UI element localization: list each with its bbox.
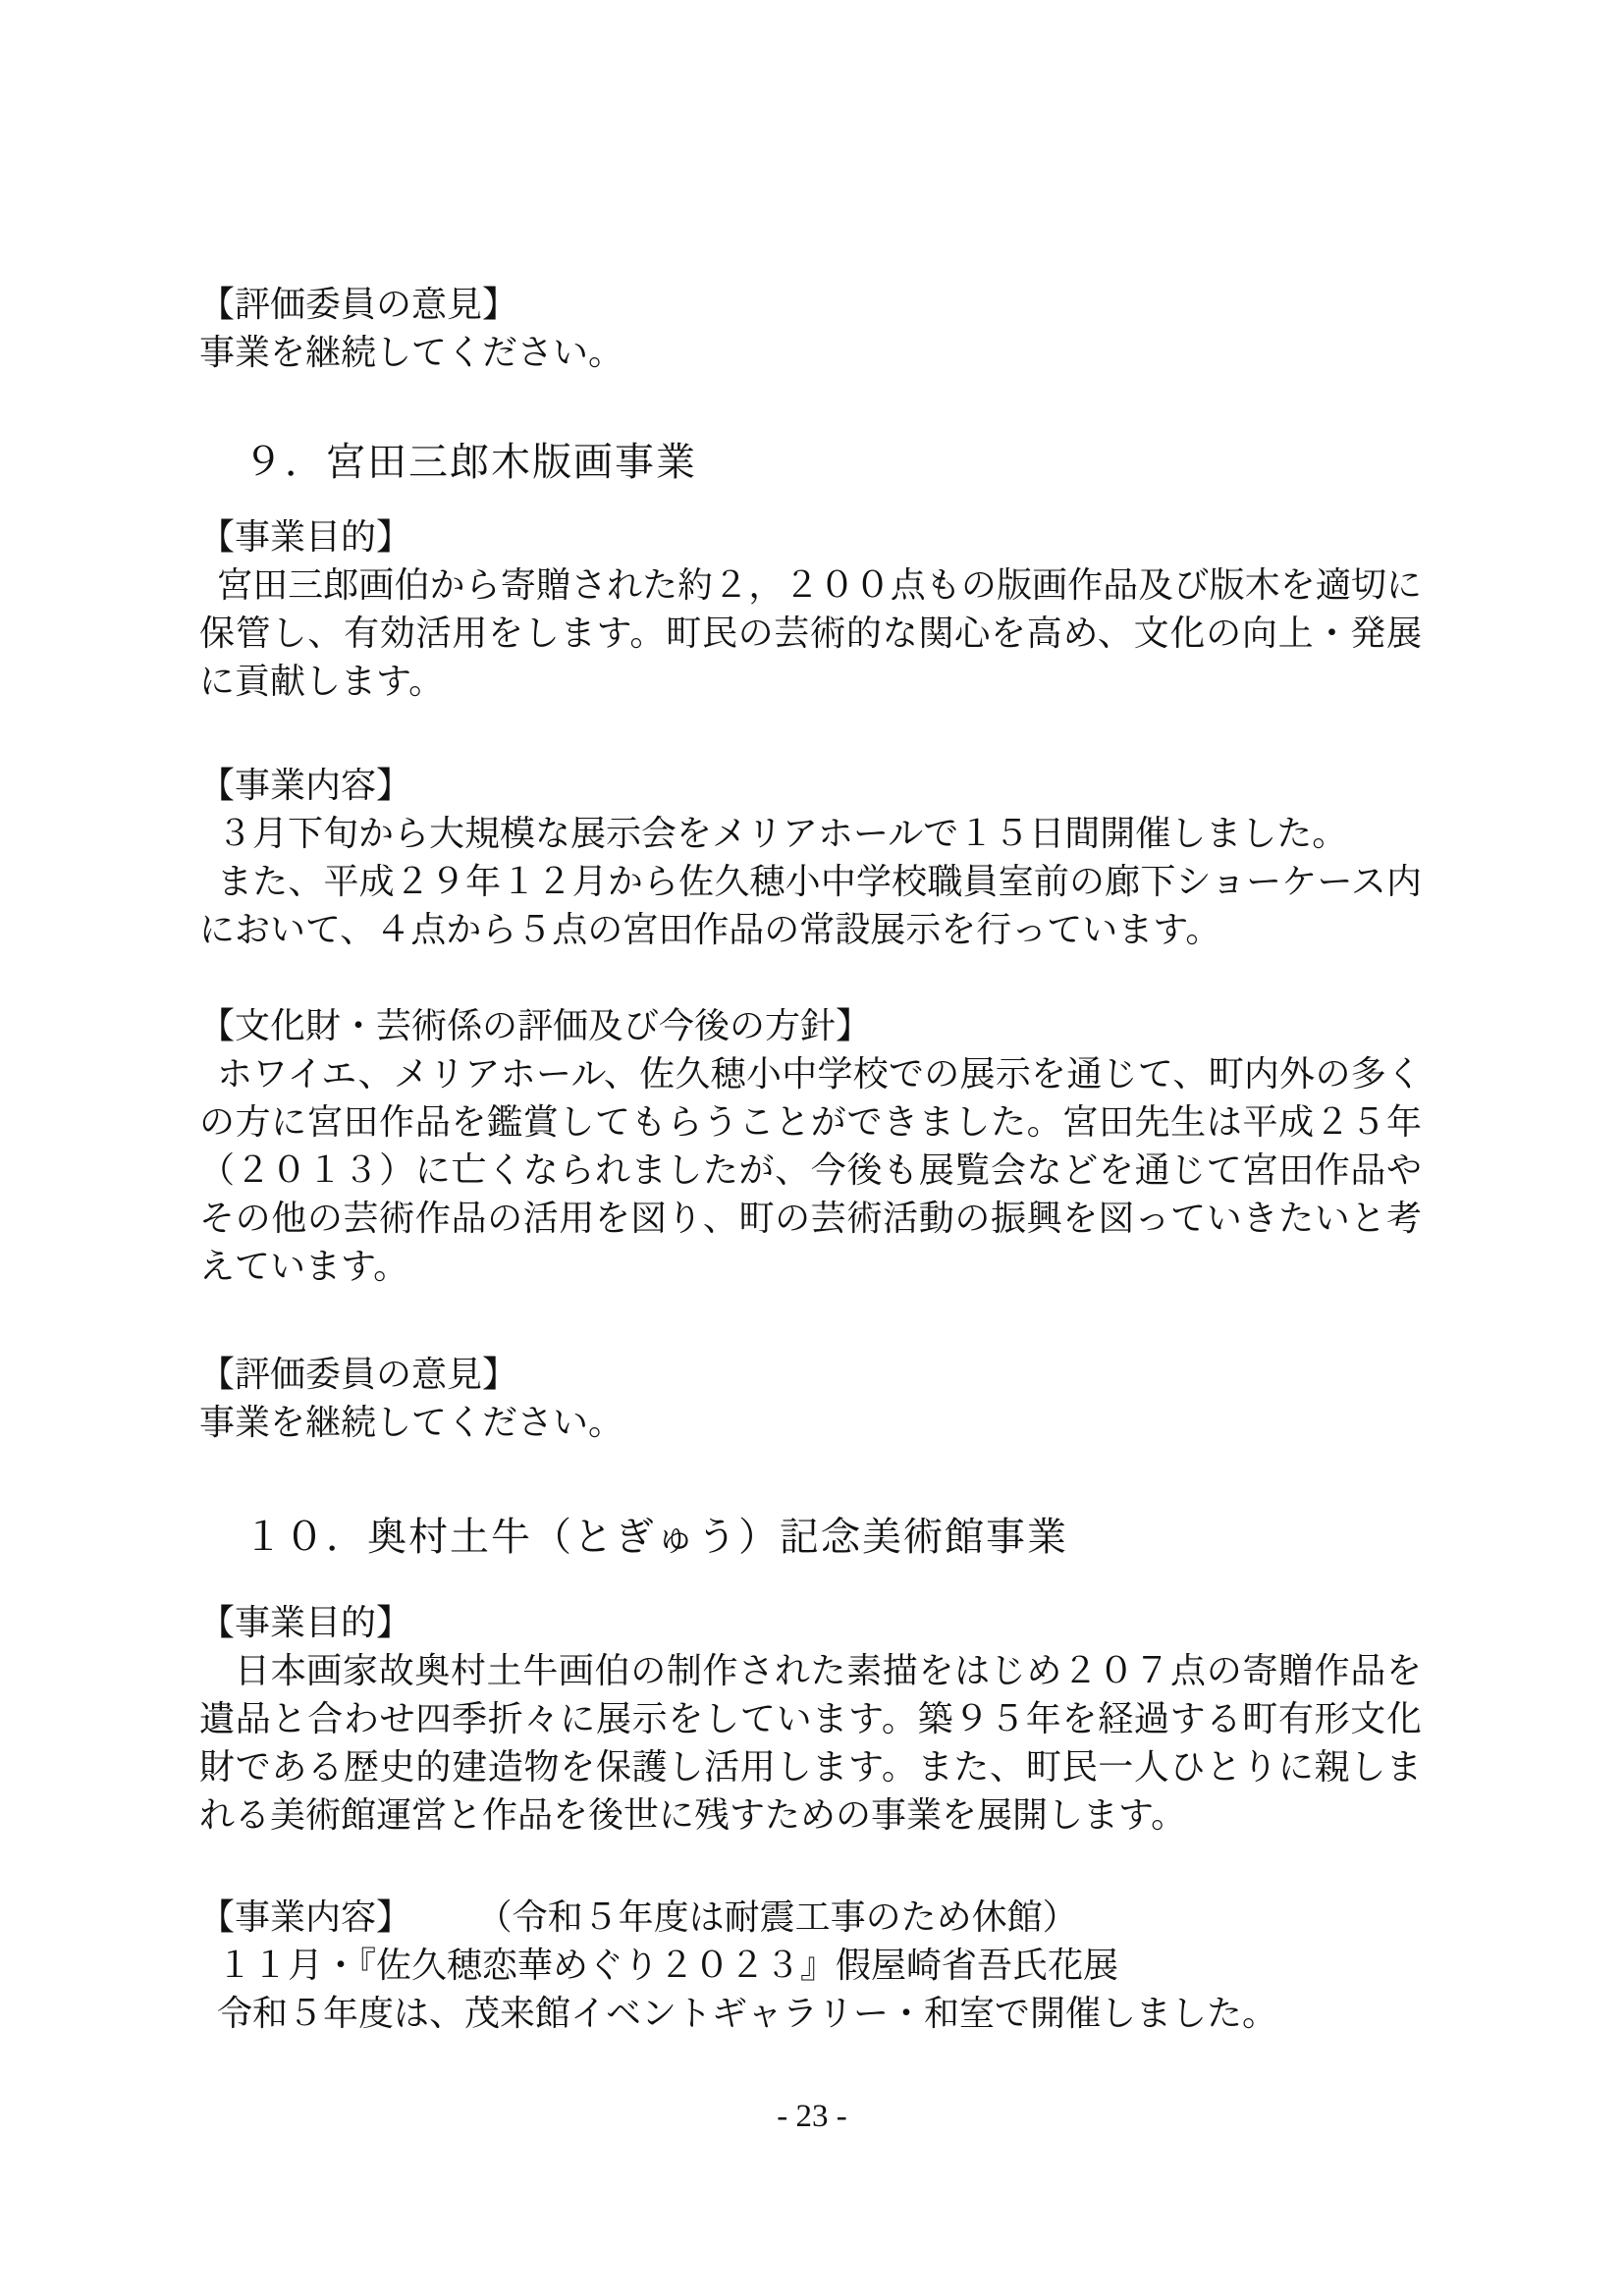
purpose-paragraph: 宮田三郎画伯から寄贈された約２，２００点もの版画作品及び版木を適切に保管し、有効… (199, 561, 1422, 706)
content-paragraph-2: また、平成２９年１２月から佐久穂小中学校職員室前の廊下ショーケース内において、４… (199, 858, 1422, 954)
section10-heading: １０．奥村土牛（とぎゅう）記念美術館事業 (244, 1510, 1422, 1565)
opinion-body: 事業を継続してください。 (199, 329, 1422, 377)
section10-content-block: 【事業内容】 （令和５年度は耐震工事のため休館） １１月・『佐久穂恋華めぐり２０… (199, 1894, 1422, 2038)
content-paragraph-2: 令和５年度は、茂来館イベントギャラリー・和室で開催しました。 (199, 1990, 1422, 2038)
content-header: 【事業内容】 (199, 762, 1422, 810)
page-body: 【評価委員の意見】 事業を継続してください。 ９．宮田三郎木版画事業 【事業目的… (199, 281, 1422, 2038)
purpose-paragraph: 日本画家故奥村土牛画伯の制作された素描をはじめ２０７点の寄贈作品を遺品と合わせ四… (199, 1647, 1422, 1840)
section9-content-block: 【事業内容】 ３月下旬から大規模な展示会をメリアホールで１５日間開催しました。 … (199, 762, 1422, 954)
section9-opinion-block: 【評価委員の意見】 事業を継続してください。 (199, 1351, 1422, 1447)
purpose-header: 【事業目的】 (199, 1599, 1422, 1647)
evaluation-paragraph: ホワイエ、メリアホール、佐久穂小中学校での展示を通じて、町内外の多くの方に宮田作… (199, 1050, 1422, 1291)
section9-evaluation-block: 【文化財・芸術係の評価及び今後の方針】 ホワイエ、メリアホール、佐久穂小中学校で… (199, 1002, 1422, 1291)
content-paragraph-1: ３月下旬から大規模な展示会をメリアホールで１５日間開催しました。 (199, 810, 1422, 858)
content-header-line: 【事業内容】 （令和５年度は耐震工事のため休館） (199, 1894, 1422, 1942)
opinion-header: 【評価委員の意見】 (199, 1351, 1422, 1399)
section10-purpose-block: 【事業目的】 日本画家故奥村土牛画伯の制作された素描をはじめ２０７点の寄贈作品を… (199, 1599, 1422, 1840)
document-page: 【評価委員の意見】 事業を継続してください。 ９．宮田三郎木版画事業 【事業目的… (0, 0, 1624, 2296)
section9-purpose-block: 【事業目的】 宮田三郎画伯から寄贈された約２，２００点もの版画作品及び版木を適切… (199, 513, 1422, 706)
opinion-body: 事業を継続してください。 (199, 1399, 1422, 1447)
content-paragraph-1: １１月・『佐久穂恋華めぐり２０２３』假屋崎省吾氏花展 (199, 1942, 1422, 1990)
content-header: 【事業内容】 (199, 1897, 411, 1937)
page-number: - 23 - (0, 2097, 1624, 2136)
opinion-header: 【評価委員の意見】 (199, 281, 1422, 329)
previous-section-opinion-block: 【評価委員の意見】 事業を継続してください。 (199, 281, 1422, 377)
evaluation-header: 【文化財・芸術係の評価及び今後の方針】 (199, 1002, 1422, 1050)
purpose-header: 【事業目的】 (199, 513, 1422, 561)
section9-heading: ９．宮田三郎木版画事業 (244, 435, 1422, 490)
content-header-note: （令和５年度は耐震工事のため休館） (477, 1897, 1078, 1937)
